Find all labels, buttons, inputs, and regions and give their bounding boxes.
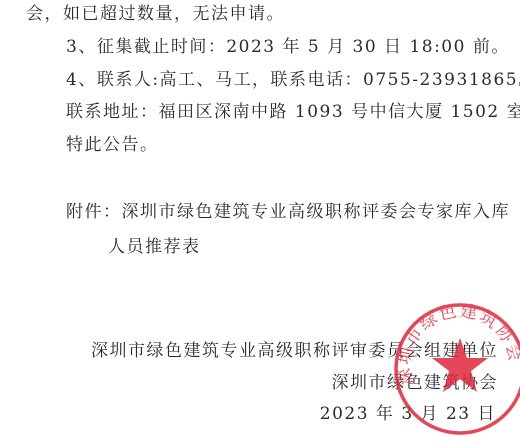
signature-date: 2023 年 3 月 23 日 [320, 404, 496, 424]
attachment-line: 附件：深圳市绿色建筑专业高级职称评委会专家库入库 [66, 202, 510, 222]
signature-org-line2: 深圳市绿色建筑协会 [332, 373, 499, 393]
attachment-title-continued: 人员推荐表 [108, 237, 201, 257]
attachment-title: 深圳市绿色建筑专业高级职称评委会专家库入库 [122, 202, 511, 222]
paragraph-continuation: 会，如已超过数量，无法申请。 [26, 4, 285, 24]
paragraph-deadline: 3、征集截止时间：2023 年 5 月 30 日 18:00 前。 [66, 37, 510, 57]
paragraph-address: 联系地址：福田区深南中路 1093 号中信大厦 1502 室。 [66, 102, 520, 122]
attachment-label: 附件： [66, 202, 122, 222]
signature-org-line1: 深圳市绿色建筑专业高级职称评审委员会组建单位 [91, 341, 498, 361]
paragraph-closing: 特此公告。 [66, 135, 159, 155]
paragraph-contact: 4、联系人:高工、马工，联系电话：0755-23931865。 [66, 70, 520, 90]
